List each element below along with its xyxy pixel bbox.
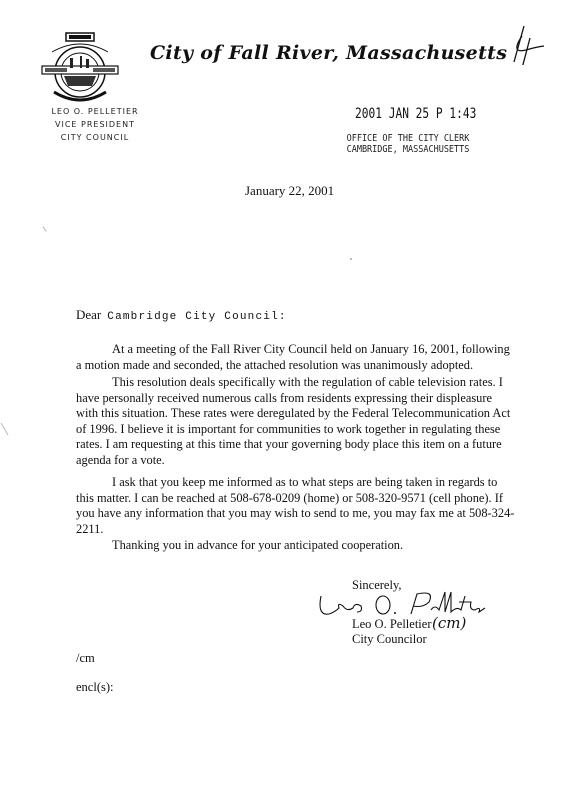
signer-name: Leo O. Pelletier [352, 617, 432, 632]
sender-position: VICE PRESIDENT [30, 118, 160, 131]
enclosure-note: encl(s): [76, 680, 113, 695]
scan-mark [350, 258, 352, 260]
paragraph-3-text: I ask that you keep me informed as to wh… [76, 475, 514, 536]
signer-block: Leo O. Pelletier City Councilor [352, 617, 432, 646]
city-seal-icon [40, 32, 120, 104]
salutation: DearCambridge City Council: [76, 307, 287, 323]
sender-name: LEO O. PELLETIER [30, 105, 160, 118]
paragraph-3: I ask that you keep me informed as to wh… [76, 475, 516, 537]
office-line-1: OFFICE OF THE CITY CLERK [340, 133, 476, 144]
paragraph-1-text: At a meeting of the Fall River City Coun… [76, 342, 510, 372]
salutation-word: Dear [76, 307, 101, 322]
paragraph-2: This resolution deals specifically with … [76, 375, 516, 468]
scan-mark [42, 226, 46, 231]
scan-mark [1, 423, 9, 436]
paragraph-4: Thanking you in advance for your anticip… [76, 538, 516, 554]
received-office: OFFICE OF THE CITY CLERK CAMBRIDGE, MASS… [340, 133, 476, 155]
paragraph-2-text: This resolution deals specifically with … [76, 375, 510, 467]
paragraph-4-text: Thanking you in advance for your anticip… [112, 538, 403, 552]
sender-block: LEO O. PELLETIER VICE PRESIDENT CITY COU… [30, 105, 160, 144]
handwritten-page-number [500, 20, 550, 65]
received-timestamp: 2001 JAN 25 P 1:43 [355, 106, 476, 122]
letterhead-title: City of Fall River, Massachusetts [150, 42, 507, 64]
sender-body: CITY COUNCIL [30, 131, 160, 144]
typist-initials: /cm [76, 651, 95, 666]
signer-title: City Councilor [352, 632, 432, 647]
office-line-2: CAMBRIDGE, MASSACHUSETTS [340, 144, 476, 155]
salutation-recipient: Cambridge City Council: [107, 311, 286, 323]
paragraph-1: At a meeting of the Fall River City Coun… [76, 342, 516, 373]
handwritten-initials: (cm) [432, 614, 466, 632]
letter-date: January 22, 2001 [245, 183, 334, 199]
